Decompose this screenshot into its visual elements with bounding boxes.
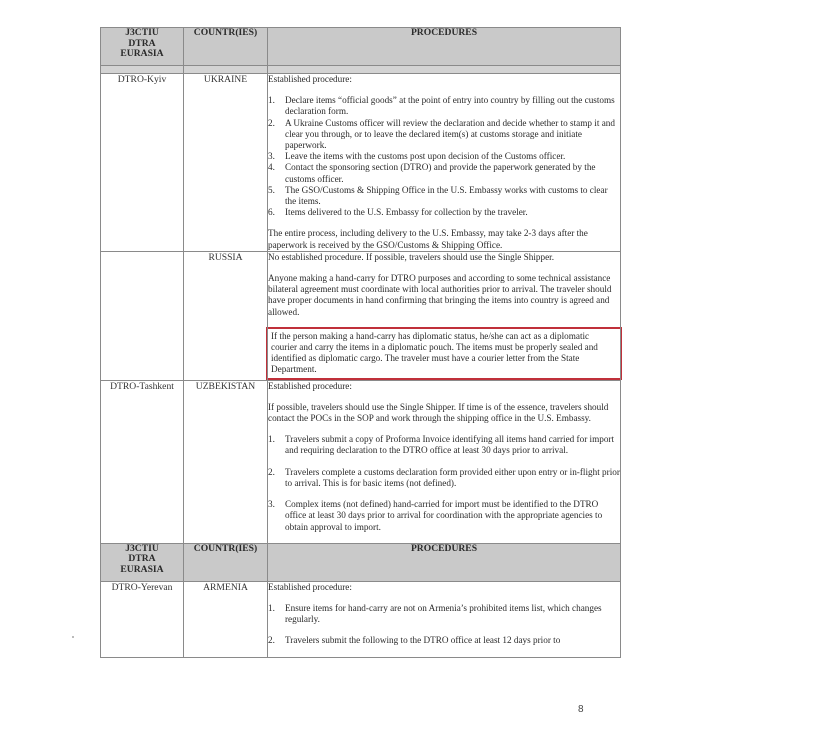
step-item: 6.Items delivered to the U.S. Embassy fo… xyxy=(268,207,620,218)
step-item: 2.A Ukraine Customs officer will review … xyxy=(268,118,620,152)
header-spacer-row xyxy=(101,66,621,74)
highlighted-paragraph: If the person making a hand-carry has di… xyxy=(266,327,622,380)
step-item: 2.Travelers complete a customs declarati… xyxy=(268,467,620,489)
step-item: 1.Ensure items for hand-carry are not on… xyxy=(268,603,620,625)
header-countries: COUNTR(IES) xyxy=(184,543,268,581)
procedure-steps: 1.Declare items “official goods” at the … xyxy=(268,95,620,218)
table-row: DTRO-Tashkent UZBEKISTAN Established pro… xyxy=(101,380,621,543)
table-header-row: J3CTIU DTRA EURASIA COUNTR(IES) PROCEDUR… xyxy=(101,28,621,66)
country-cell: ARMENIA xyxy=(184,581,268,657)
country-cell: UZBEKISTAN xyxy=(184,380,268,543)
table-header-row: J3CTIU DTRA EURASIA COUNTR(IES) PROCEDUR… xyxy=(101,543,621,581)
table-row: DTRO-Yerevan ARMENIA Established procedu… xyxy=(101,581,621,657)
country-cell: UKRAINE xyxy=(184,74,268,252)
procedure-steps: 1.Ensure items for hand-carry are not on… xyxy=(268,603,620,647)
unit-cell: DTRO-Yerevan xyxy=(101,581,184,657)
header-unit: J3CTIU DTRA EURASIA xyxy=(101,543,184,581)
table-row: DTRO-Kyiv UKRAINE Established procedure:… xyxy=(101,74,621,252)
procedure-paragraph: No established procedure. If possible, t… xyxy=(268,252,620,263)
table-row: RUSSIA No established procedure. If poss… xyxy=(101,251,621,380)
procedures-table: J3CTIU DTRA EURASIA COUNTR(IES) PROCEDUR… xyxy=(100,27,621,658)
procedure-closing: The entire process, including delivery t… xyxy=(268,228,620,250)
header-countries: COUNTR(IES) xyxy=(184,28,268,66)
procedure-cell: No established procedure. If possible, t… xyxy=(268,251,621,380)
procedure-cell: Established procedure: If possible, trav… xyxy=(268,380,621,543)
procedure-paragraph: If possible, travelers should use the Si… xyxy=(268,402,620,424)
procedure-cell: Established procedure: 1.Ensure items fo… xyxy=(268,581,621,657)
procedure-cell: Established procedure: 1.Declare items “… xyxy=(268,74,621,252)
unit-cell: DTRO-Kyiv xyxy=(101,74,184,252)
header-procedures: PROCEDURES xyxy=(268,28,621,66)
header-unit: J3CTIU DTRA EURASIA xyxy=(101,28,184,66)
procedure-intro: Established procedure: xyxy=(268,74,620,85)
procedure-intro: Established procedure: xyxy=(268,582,620,593)
document-page: J3CTIU DTRA EURASIA COUNTR(IES) PROCEDUR… xyxy=(0,0,828,749)
scan-speck xyxy=(72,636,74,638)
step-item: 1.Travelers submit a copy of Proforma In… xyxy=(268,434,620,456)
country-cell: RUSSIA xyxy=(184,251,268,380)
step-item: 3.Leave the items with the customs post … xyxy=(268,151,620,162)
unit-cell: DTRO-Tashkent xyxy=(101,380,184,543)
step-item: 2.Travelers submit the following to the … xyxy=(268,635,620,646)
procedure-steps: 1.Travelers submit a copy of Proforma In… xyxy=(268,434,620,532)
step-item: 5.The GSO/Customs & Shipping Office in t… xyxy=(268,185,620,207)
page-number: 8 xyxy=(578,704,584,715)
unit-cell xyxy=(101,251,184,380)
header-procedures: PROCEDURES xyxy=(268,543,621,581)
step-item: 4.Contact the sponsoring section (DTRO) … xyxy=(268,162,620,184)
procedure-paragraph: Anyone making a hand-carry for DTRO purp… xyxy=(268,273,620,318)
step-item: 3.Complex items (not defined) hand-carri… xyxy=(268,499,620,533)
procedure-intro: Established procedure: xyxy=(268,381,620,392)
step-item: 1.Declare items “official goods” at the … xyxy=(268,95,620,117)
